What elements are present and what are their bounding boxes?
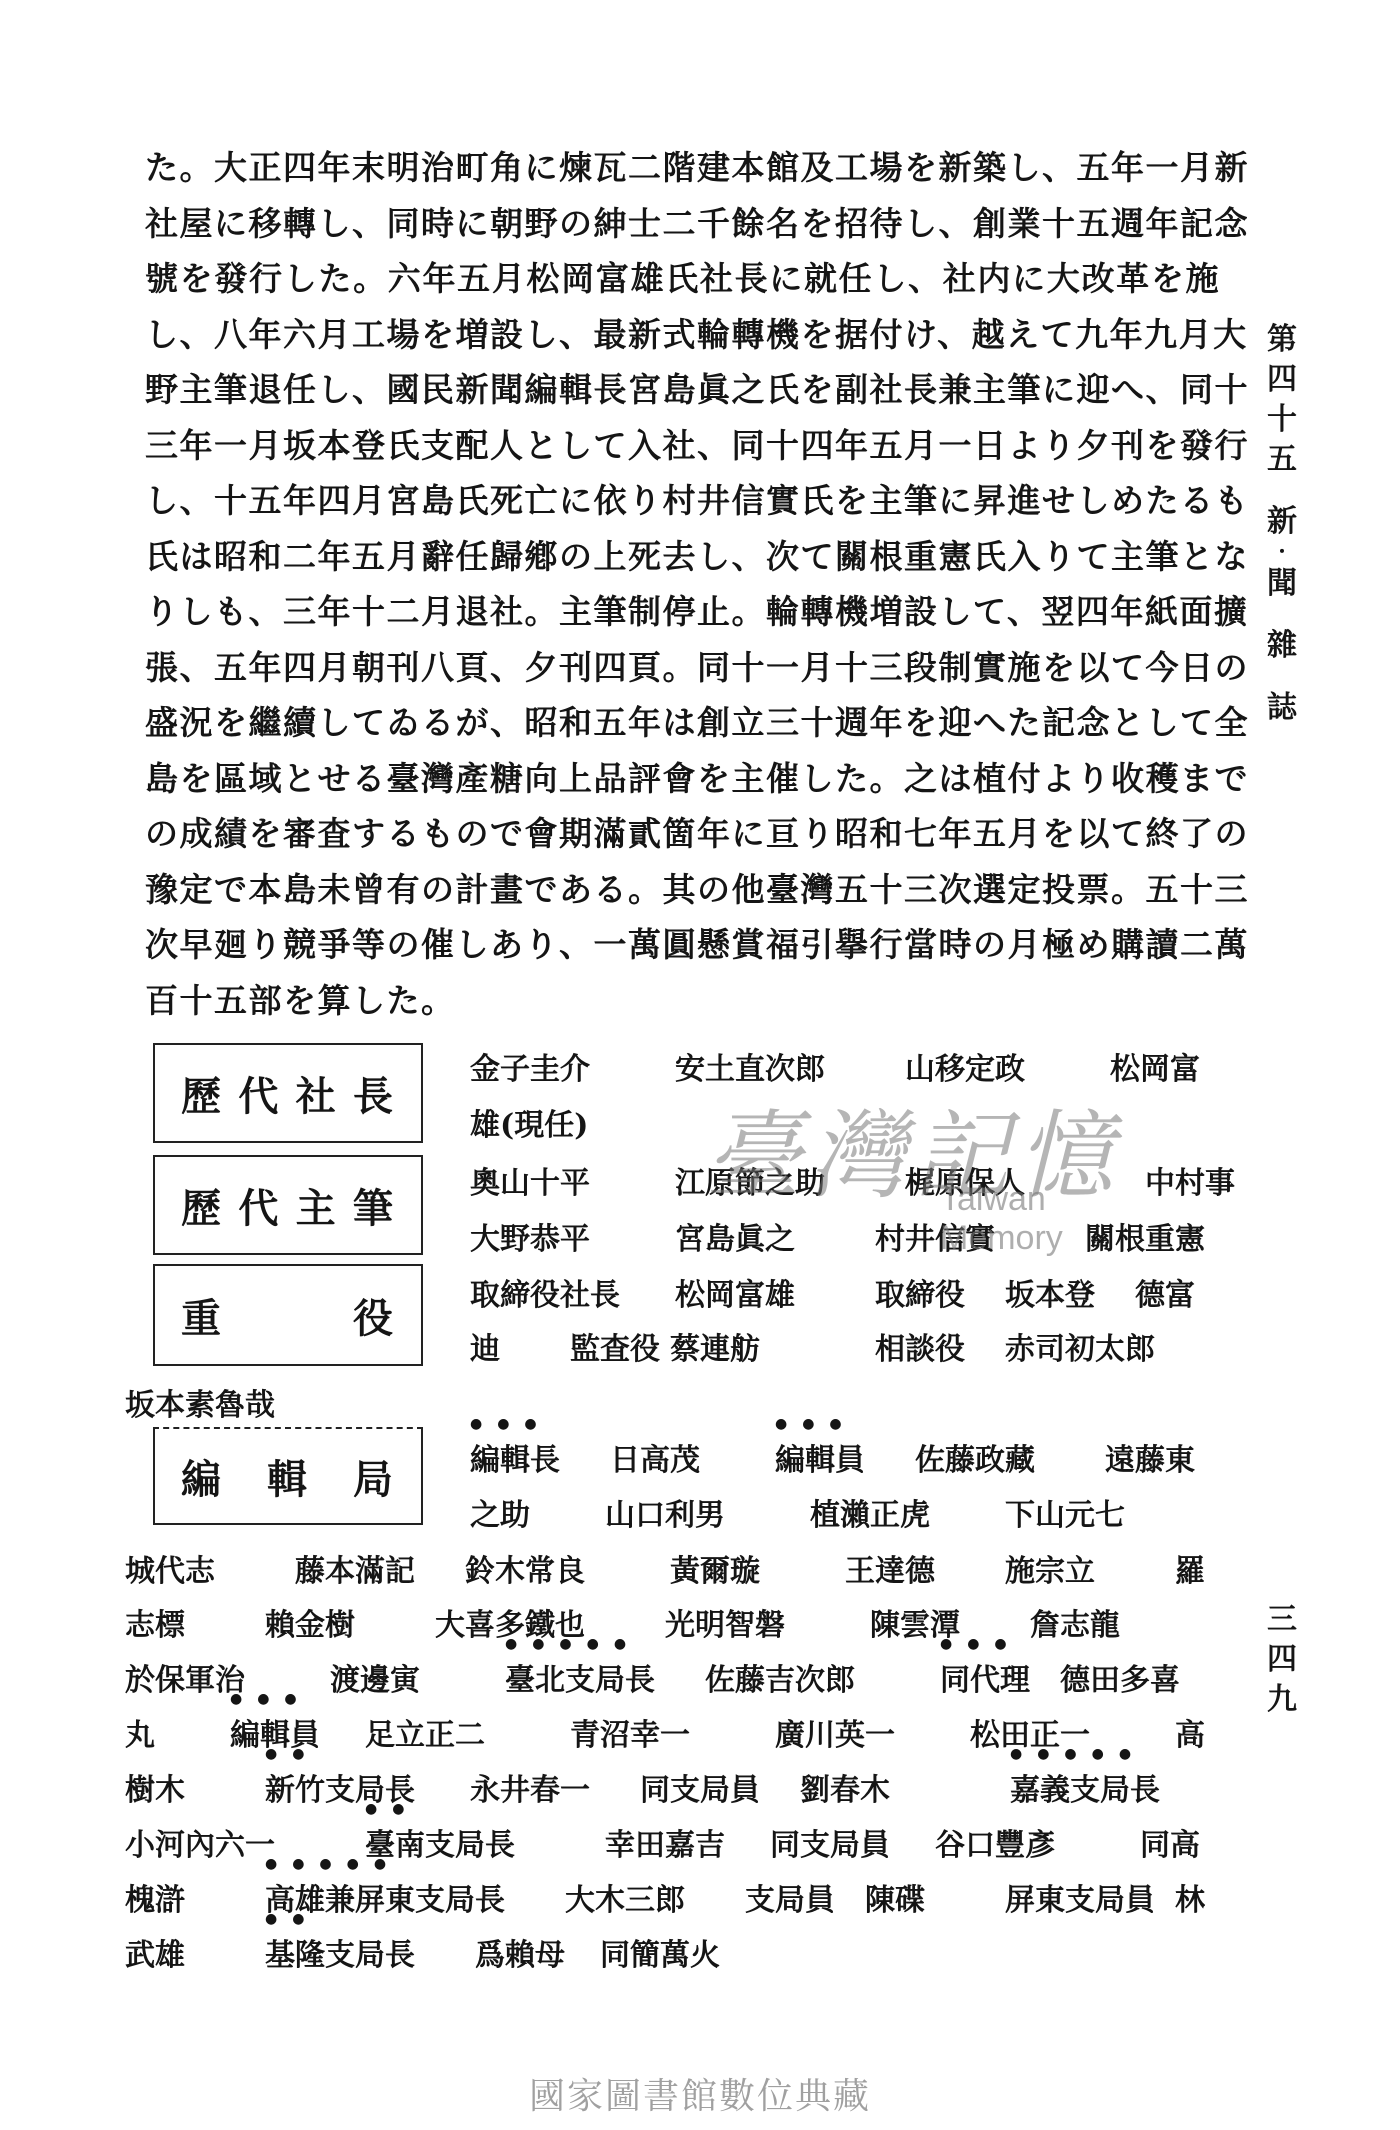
body-paragraph: た。大正四年末明治町角に煉瓦二階建本館及工場を新築し、五年一月新 社屋に移轉し、… xyxy=(145,140,1220,1028)
staff-name: 中村事 xyxy=(1145,1158,1235,1202)
staff-name: 同支局員 xyxy=(640,1765,760,1809)
emphasis-dots: ●● xyxy=(265,1747,319,1761)
heading-box-editors-in-chief: 歷 代 主 筆 xyxy=(153,1155,423,1255)
page-number: 三四九 xyxy=(1262,1600,1302,1720)
staff-name: 奧山十平 xyxy=(470,1158,590,1202)
staff-name: 屏東支局員 xyxy=(1005,1875,1155,1919)
staff-name: 廣川英一 xyxy=(775,1710,895,1754)
emphasis-dots: ●●● xyxy=(470,1417,552,1431)
staff-name: 志標 xyxy=(125,1600,185,1644)
staff-name: 松岡富 xyxy=(1110,1044,1200,1088)
staff-name: 樹木 xyxy=(125,1765,185,1809)
body-line: 三年一月坂本登氏支配人として入社、同十四年五月一日より夕刊を發行 xyxy=(145,418,1220,474)
staff-name: 雄(現任) xyxy=(470,1100,588,1144)
body-line: の成績を審査するもので會期滿貳箇年に亘り昭和七年五月を以て終了の xyxy=(145,806,1220,862)
staff-name: 武雄 xyxy=(125,1930,185,1974)
staff-name: 之助 xyxy=(470,1490,530,1534)
watermark: 臺灣記憶 Taiwan Memory xyxy=(700,1080,1160,1230)
heading-box-editorial-bureau: 編 輯 局 xyxy=(153,1427,423,1525)
staff-name: 日高茂 xyxy=(610,1435,700,1479)
body-line: 島を區域とせる臺灣產糖向上品評會を主催した。之は植付より收穫まで xyxy=(145,751,1220,807)
body-line: 盛況を繼續してゐるが、昭和五年は創立三十週年を迎へた記念として全 xyxy=(145,695,1220,751)
staff-name: 大野恭平 xyxy=(470,1214,590,1258)
running-title-char: 聞 xyxy=(1262,564,1302,604)
staff-name: 關根重憲 xyxy=(1085,1214,1205,1258)
body-line: 豫定で本島未曾有の計畫である。其の他臺灣五十三次選定投票。五十三 xyxy=(145,862,1220,918)
emphasis-dots: ●● xyxy=(365,1802,419,1816)
staff-name: 梶原保人 xyxy=(905,1158,1025,1202)
body-line: し、十五年四月宮島氏死亡に依り村井信實氏を主筆に昇進せしめたるも xyxy=(145,473,1220,529)
staff-name: 高 xyxy=(1175,1710,1205,1754)
emphasis-dots: ●● xyxy=(265,1912,319,1926)
staff-name: 鈴木常良 xyxy=(465,1546,585,1590)
staff-name: 城代志 xyxy=(125,1546,215,1590)
staff-name: 林 xyxy=(1175,1875,1205,1919)
staff-name: 山口利男 xyxy=(605,1490,725,1534)
staff-name: 大木三郎 xyxy=(565,1875,685,1919)
running-title: 第 四 十 五 新 ・ 聞 雜 誌 xyxy=(1262,320,1302,728)
heading-char: 役 xyxy=(353,1287,393,1344)
emphasis-dots: ●●●●● xyxy=(1010,1747,1146,1761)
staff-name: 松岡富雄 xyxy=(675,1270,795,1314)
staff-name: 於保軍治 xyxy=(125,1655,245,1699)
staff-name: 植瀨正虎 xyxy=(810,1490,930,1534)
heading-char: 編 xyxy=(181,1448,221,1505)
running-title-char: 五 xyxy=(1262,440,1302,480)
body-line: 野主筆退任し、國民新聞編輯長宮島眞之氏を副社長兼主筆に迎へ、同十 xyxy=(145,362,1220,418)
staff-name: 坂本登 xyxy=(1005,1270,1095,1314)
heading-char: 歷 xyxy=(181,1177,221,1234)
staff-name: 相談役 xyxy=(875,1324,965,1368)
staff-name: 劉春木 xyxy=(800,1765,890,1809)
staff-name: 支局員 xyxy=(745,1875,835,1919)
running-title-char: 十 xyxy=(1262,400,1302,440)
staff-title: 嘉義支局長●●●●● xyxy=(1010,1765,1160,1809)
body-line: た。大正四年末明治町角に煉瓦二階建本館及工場を新築し、五年一月新 xyxy=(145,140,1220,196)
staff-name: 足立正二 xyxy=(365,1710,485,1754)
heading-char: 主 xyxy=(296,1177,336,1234)
staff-name: 金子圭介 xyxy=(470,1044,590,1088)
body-line: 社屋に移轉し、同時に朝野の紳士二千餘名を招待し、創業十五週年記念 xyxy=(145,196,1220,252)
staff-name: 取締役社長 xyxy=(470,1270,620,1314)
page-number-char: 四 xyxy=(1262,1640,1302,1680)
body-line: し、八年六月工場を増設し、最新式輪轉機を据付け、越えて九年九月大 xyxy=(145,307,1220,363)
staff-title: 編輯長●●● xyxy=(470,1435,560,1479)
page-number-char: 九 xyxy=(1262,1680,1302,1720)
heading-char: 筆 xyxy=(353,1177,393,1234)
staff-name: 同簡萬火 xyxy=(600,1930,720,1974)
staff-name: 取締役 xyxy=(875,1270,965,1314)
staff-name: 丸 xyxy=(125,1710,155,1754)
page-number-char: 三 xyxy=(1262,1600,1302,1640)
heading-char: 歷 xyxy=(181,1065,221,1122)
body-line: 號を發行した。六年五月松岡富雄氏社長に就任し、社内に大改革を施 xyxy=(145,251,1220,307)
heading-box-presidents: 歷 代 社 長 xyxy=(153,1043,423,1143)
staff-name: 下山元七 xyxy=(1005,1490,1125,1534)
staff-name: 施宗立 xyxy=(1005,1546,1095,1590)
staff-name: 小河內六一 xyxy=(125,1820,275,1864)
staff-name: 光明智磐 xyxy=(665,1600,785,1644)
body-line: 百十五部を算した。 xyxy=(145,973,1220,1029)
footer-credit: 國家圖書館數位典藏 xyxy=(0,2068,1400,2119)
body-line: 氏は昭和二年五月辭任歸鄕の上死去し、次て關根重憲氏入りて主筆とな xyxy=(145,529,1220,585)
staff-name: 村井信實 xyxy=(875,1214,995,1258)
spacer xyxy=(1262,666,1302,688)
staff-name: 山移定政 xyxy=(905,1044,1025,1088)
staff-title: 編輯員●●● xyxy=(775,1435,865,1479)
staff-name: 佐藤政藏 xyxy=(915,1435,1035,1479)
staff-name: 爲賴母 xyxy=(475,1930,565,1974)
heading-box-officers: 重 役 xyxy=(153,1264,423,1366)
staff-name: 江原節之助 xyxy=(675,1158,825,1202)
staff-name: 同高 xyxy=(1140,1820,1200,1864)
heading-char: 社 xyxy=(296,1065,336,1122)
staff-name: 同支局員 xyxy=(770,1820,890,1864)
emphasis-dots: ●●● xyxy=(940,1637,1022,1651)
staff-name: 蔡連舫 xyxy=(670,1324,760,1368)
body-line: 次早廻り競爭等の催しあり、一萬圓懸賞福引擧行當時の月極め購讀二萬 xyxy=(145,917,1220,973)
staff-name: 槐滸 xyxy=(125,1875,185,1919)
staff-name: 羅 xyxy=(1175,1546,1205,1590)
spacer xyxy=(1262,480,1302,502)
staff-name: 陳碟 xyxy=(865,1875,925,1919)
staff-name: 德田多喜 xyxy=(1060,1655,1180,1699)
staff-name: 遠藤東 xyxy=(1105,1435,1195,1479)
staff-name: 谷口豐彥 xyxy=(935,1820,1055,1864)
staff-name: 永井春一 xyxy=(470,1765,590,1809)
running-title-char: ・ xyxy=(1262,542,1302,564)
staff-name: 安土直次郎 xyxy=(675,1044,825,1088)
body-line: 張、五年四月朝刊八頁、夕刊四頁。同十一月十三段制實施を以て今日の xyxy=(145,640,1220,696)
running-title-char: 雜 xyxy=(1262,626,1302,666)
staff-name: 赤司初太郎 xyxy=(1005,1324,1155,1368)
staff-name: 黃爾璇 xyxy=(670,1546,760,1590)
staff-name: 青沼幸一 xyxy=(570,1710,690,1754)
staff-name: 藤本滿記 xyxy=(295,1546,415,1590)
body-line: りしも、三年十二月退社。主筆制停止。輪轉機増設して、翌四年紙面擴 xyxy=(145,584,1220,640)
heading-char: 輯 xyxy=(267,1448,307,1505)
staff-name: 佐藤吉次郎 xyxy=(705,1655,855,1699)
running-title-char: 誌 xyxy=(1262,688,1302,728)
staff-name: 王達德 xyxy=(845,1546,935,1590)
staff-name: 渡邊寅 xyxy=(330,1655,420,1699)
running-title-char: 第 xyxy=(1262,320,1302,360)
staff-title: 同代理●●● xyxy=(940,1655,1030,1699)
heading-char: 重 xyxy=(181,1287,221,1344)
heading-char: 長 xyxy=(353,1065,393,1122)
staff-name: 詹志龍 xyxy=(1030,1600,1120,1644)
running-title-char: 四 xyxy=(1262,360,1302,400)
heading-char: 代 xyxy=(238,1065,278,1122)
emphasis-dots: ●●●●● xyxy=(505,1637,641,1651)
spacer xyxy=(1262,604,1302,626)
staff-title: 基隆支局長●● xyxy=(265,1930,415,1974)
emphasis-dots: ●●● xyxy=(230,1692,312,1706)
staff-name: 宮島眞之 xyxy=(675,1214,795,1258)
emphasis-dots: ●●●●● xyxy=(265,1857,401,1871)
heading-char: 代 xyxy=(238,1177,278,1234)
scanned-page: た。大正四年末明治町角に煉瓦二階建本館及工場を新築し、五年一月新 社屋に移轉し、… xyxy=(0,0,1400,2130)
staff-name: 德富 xyxy=(1135,1270,1195,1314)
staff-name: 坂本素魯哉 xyxy=(125,1380,275,1424)
staff-name: 幸田嘉吉 xyxy=(605,1820,725,1864)
running-title-char: 新 xyxy=(1262,502,1302,542)
staff-name: 監査役 xyxy=(570,1324,660,1368)
staff-name: 迪 xyxy=(470,1324,500,1368)
page-number-text: 三四九 xyxy=(1262,1600,1302,1720)
staff-title: 臺北支局長●●●●● xyxy=(505,1655,655,1699)
emphasis-dots: ●●● xyxy=(775,1417,857,1431)
staff-name: 賴金樹 xyxy=(265,1600,355,1644)
heading-char: 局 xyxy=(353,1448,393,1505)
